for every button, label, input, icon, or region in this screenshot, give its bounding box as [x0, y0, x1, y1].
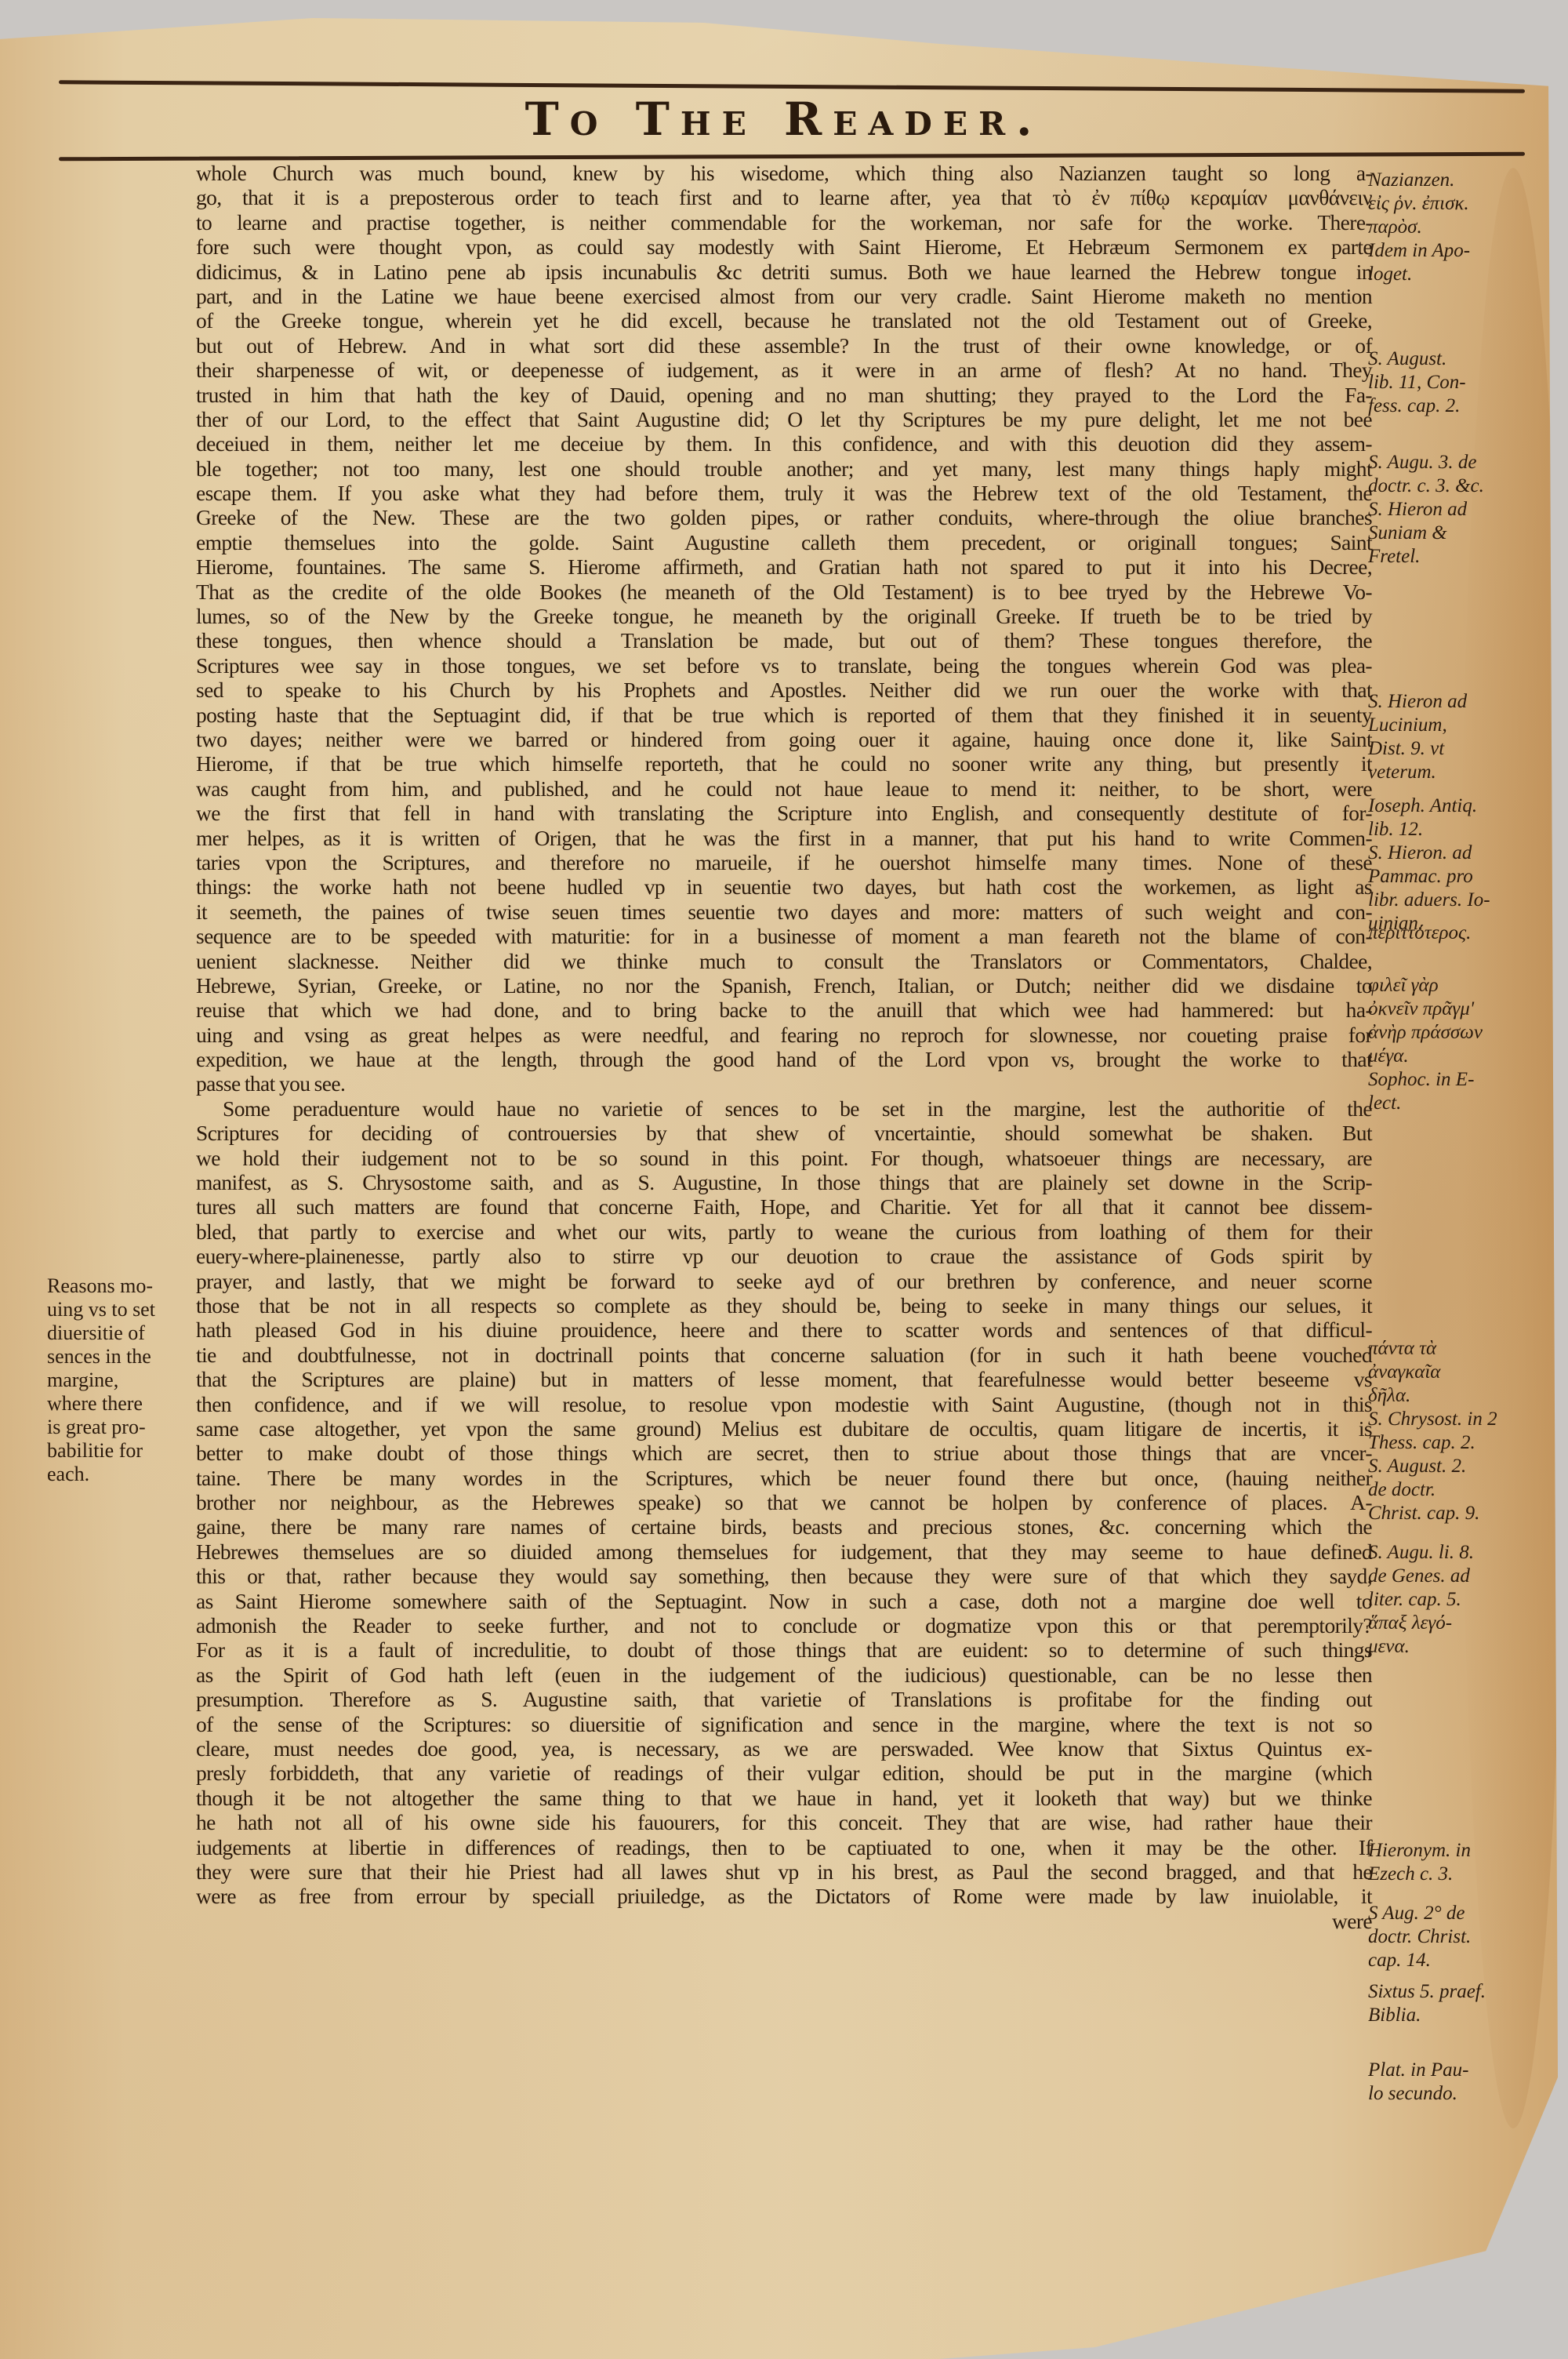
- citation-line: Nazianzen.: [1368, 169, 1470, 192]
- text-line: taine. There be many wordes in the Scrip…: [196, 1466, 1372, 1490]
- text-line: fore such were thought vpon, as could sa…: [196, 234, 1372, 259]
- text-line: ble together; not too many, lest one sho…: [196, 456, 1372, 481]
- citation-line: S. Augu. li. 8.: [1368, 1541, 1474, 1565]
- text-line: emptie themselues into the golde. Saint …: [196, 530, 1372, 554]
- citation-line: S. August. 2.: [1368, 1455, 1497, 1478]
- citation-line: Suniam &: [1368, 522, 1484, 545]
- citation-line: Thess. cap. 2.: [1368, 1431, 1497, 1455]
- text-line: tures all such matters are found that co…: [196, 1194, 1372, 1219]
- citation-line: lib. 11, Con-: [1368, 371, 1466, 394]
- citation-line: μέγα.: [1368, 1045, 1483, 1068]
- margin-note-line: babilitie for: [47, 1439, 188, 1463]
- citation-line: S. August.: [1368, 347, 1466, 371]
- text-line: hath pleased God in his diuine prouidenc…: [196, 1318, 1372, 1342]
- text-line: Hebrewes themselues are so diuided among…: [196, 1539, 1372, 1564]
- text-line: presumption. Therefore as S. Augustine s…: [196, 1687, 1372, 1711]
- citation-line: lo secundo.: [1368, 2082, 1468, 2106]
- text-line: of the sense of the Scriptures: so diuer…: [196, 1712, 1372, 1736]
- citation-line: παρὸσ.: [1368, 216, 1470, 239]
- margin-note-line: is great pro-: [47, 1416, 188, 1439]
- margin-citation: Plat. in Pau-lo secundo.: [1368, 2059, 1468, 2106]
- text-line: this or that, rather because they would …: [196, 1564, 1372, 1588]
- citation-line: veterum.: [1368, 761, 1467, 784]
- citation-line: Pammac. pro: [1368, 865, 1490, 889]
- text-line: taries vpon the Scriptures, and therefor…: [196, 850, 1372, 874]
- citation-line: Sophoc. in E-: [1368, 1068, 1483, 1092]
- text-line: cleare, must needes doe good, yea, is ne…: [196, 1736, 1372, 1761]
- margin-note-line: margine,: [47, 1369, 188, 1392]
- text-line: uing and vsing as great helpes as were n…: [196, 1023, 1372, 1047]
- text-line: Some peraduenture would haue no varietie…: [196, 1096, 1372, 1121]
- citation-line: de doctr.: [1368, 1478, 1497, 1502]
- text-line: Greeke of the New. These are the two gol…: [196, 505, 1372, 529]
- text-line: posting haste that the Septuagint did, i…: [196, 703, 1372, 727]
- citation-line: εἰς ῥν. ἐπισκ.: [1368, 192, 1470, 216]
- main-text-column: whole Church was much bound, knew by his…: [196, 161, 1372, 1933]
- text-line: were as free from errour by speciall pri…: [196, 1884, 1372, 1908]
- margin-note-line: where there: [47, 1392, 188, 1416]
- text-line: same case altogether, yet vpon the same …: [196, 1416, 1372, 1441]
- citation-line: Sixtus 5. praef.: [1368, 1980, 1486, 2004]
- text-line: Hierome, fountaines. The same S. Hierome…: [196, 554, 1372, 579]
- text-line: as the Spirit of God hath left (euen in …: [196, 1663, 1372, 1687]
- citation-line: libr. aduers. Io-: [1368, 889, 1490, 912]
- text-line: expedition, we haue at the length, throu…: [196, 1047, 1372, 1071]
- text-line: sed to speake to his Church by his Proph…: [196, 678, 1372, 702]
- citation-line: Plat. in Pau-: [1368, 2059, 1468, 2082]
- text-line: mer helpes, as it is written of Origen, …: [196, 826, 1372, 850]
- text-line: uenient slacknesse. Neither did we think…: [196, 949, 1372, 973]
- text-line: as Saint Hierome somewhere saith of the …: [196, 1589, 1372, 1613]
- citation-line: Hieronym. in: [1368, 1839, 1471, 1863]
- citation-line: Christ. cap. 9.: [1368, 1502, 1497, 1525]
- margin-note-line: diuersitie of: [47, 1321, 188, 1345]
- text-line: Scriptures wee say in those tongues, we …: [196, 653, 1372, 678]
- text-line: trusted in him that hath the key of Daui…: [196, 383, 1372, 407]
- citation-line: S. Augu. 3. de: [1368, 451, 1484, 474]
- text-line: though it be not altogether the same thi…: [196, 1786, 1372, 1810]
- text-line: to learne and practise together, is neit…: [196, 210, 1372, 234]
- margin-citation: S. Augu. 3. dedoctr. c. 3. &c.S. Hieron …: [1368, 451, 1484, 569]
- citation-line: doctr. c. 3. &c.: [1368, 474, 1484, 498]
- citation-line: S. Hieron ad: [1368, 690, 1467, 714]
- text-line: was caught from him, and published, and …: [196, 776, 1372, 801]
- citation-line: Biblia.: [1368, 2004, 1486, 2027]
- citation-line: Lucinium,: [1368, 714, 1467, 737]
- margin-citation: Hieronym. inEzech c. 3.: [1368, 1839, 1471, 1886]
- text-line: passe that you see.: [196, 1071, 1372, 1096]
- text-line: things: the worke hath not beene hudled …: [196, 874, 1372, 899]
- left-margin-note: Reasons mo-uing vs to setdiuersitie ofse…: [47, 1274, 188, 1486]
- text-line: lumes, so of the New by the Greeke tongu…: [196, 604, 1372, 628]
- text-line: it seemeth, the paines of twise seuen ti…: [196, 900, 1372, 924]
- citation-line: Dist. 9. vt: [1368, 737, 1467, 761]
- citation-line: S. Chrysost. in 2: [1368, 1408, 1497, 1431]
- text-line: That as the credite of the olde Bookes (…: [196, 580, 1372, 604]
- text-line: go, that it is a preposterous order to t…: [196, 185, 1372, 209]
- citation-line: Ezech c. 3.: [1368, 1863, 1471, 1886]
- text-line: didicimus, & in Latino pene ab ipsis inc…: [196, 260, 1372, 284]
- text-line: two dayes; neither were we barred or hin…: [196, 727, 1372, 751]
- citation-line: πάντα τὰ: [1368, 1337, 1497, 1361]
- text-line: Scriptures for deciding of controuersies…: [196, 1121, 1372, 1145]
- text-line: we hold their iudgement not to be so sou…: [196, 1146, 1372, 1170]
- text-line: ther of our Lord, to the effect that Sai…: [196, 407, 1372, 431]
- text-line: manifest, as S. Chrysostome saith, and a…: [196, 1170, 1372, 1194]
- citation-line: Idem in Apo-: [1368, 239, 1470, 263]
- margin-citation: S. August.lib. 11, Con-fess. cap. 2.: [1368, 347, 1466, 418]
- text-line: tie and doubtfulnesse, not in doctrinall…: [196, 1343, 1372, 1367]
- text-line: Hierome, if that be true which himselfe …: [196, 751, 1372, 776]
- text-line: but out of Hebrew. And in what sort did …: [196, 333, 1372, 358]
- text-line: escape them. If you aske what they had b…: [196, 481, 1372, 505]
- citation-line: liter. cap. 5.: [1368, 1588, 1474, 1612]
- margin-citation: S Aug. 2° dedoctr. Christ.cap. 14.: [1368, 1902, 1471, 1972]
- citation-line: S Aug. 2° de: [1368, 1902, 1471, 1925]
- citation-line: de Genes. ad: [1368, 1565, 1474, 1588]
- margin-citation: Nazianzen.εἰς ῥν. ἐπισκ.παρὸσ.Idem in Ap…: [1368, 169, 1470, 286]
- text-line: euery-where-plainenesse, partly also to …: [196, 1244, 1372, 1268]
- text-line: iudgements at libertie in differences of…: [196, 1835, 1372, 1859]
- text-line: Hebrewe, Syrian, Greeke, or Latine, no n…: [196, 973, 1372, 998]
- citation-line: doctr. Christ.: [1368, 1925, 1471, 1949]
- citation-line: περιττότερος.: [1368, 921, 1471, 945]
- text-line: prayer, and lastly, that we might be for…: [196, 1269, 1372, 1293]
- citation-line: φιλεῖ γὰρ: [1368, 974, 1483, 998]
- text-line: reuise that which we had done, and to br…: [196, 998, 1372, 1022]
- text-line: For as it is a fault of incredulitie, to…: [196, 1637, 1372, 1662]
- margin-citation: Ioseph. Antiq.lib. 12.S. Hieron. adPamma…: [1368, 794, 1490, 936]
- citation-line: lect.: [1368, 1092, 1483, 1115]
- margin-note-line: each.: [47, 1463, 188, 1486]
- page-title: To The Reader.: [0, 93, 1568, 146]
- margin-note-line: sences in the: [47, 1345, 188, 1369]
- text-line: of the Greeke tongue, wherein yet he did…: [196, 308, 1372, 333]
- text-line: those that be not in all respects so com…: [196, 1293, 1372, 1318]
- margin-note-line: Reasons mo-: [47, 1274, 188, 1298]
- margin-note-line: uing vs to set: [47, 1298, 188, 1321]
- text-line: their sharpenesse of wit, or deepenesse …: [196, 358, 1372, 382]
- text-line: these tongues, then whence should a Tran…: [196, 628, 1372, 652]
- citation-line: ἀναγκαῖα: [1368, 1361, 1497, 1384]
- citation-line: Fretel.: [1368, 545, 1484, 569]
- citation-line: lib. 12.: [1368, 818, 1490, 841]
- margin-citation: Sixtus 5. praef.Biblia.: [1368, 1980, 1486, 2027]
- margin-citation: φιλεῖ γὰρὀκνεῖν πρᾶγμ'ἀνὴρ πράσσωνμέγα.S…: [1368, 974, 1483, 1115]
- margin-citation: περιττότερος.: [1368, 921, 1471, 945]
- text-line: presly forbiddeth, that any varietie of …: [196, 1761, 1372, 1785]
- text-line: then confidence, and if we will resolue,…: [196, 1392, 1372, 1416]
- citation-line: loget.: [1368, 263, 1470, 286]
- citation-line: ἀνὴρ πράσσων: [1368, 1021, 1483, 1045]
- margin-citation: πάντα τὰἀναγκαῖαδῆλα.S. Chrysost. in 2Th…: [1368, 1337, 1497, 1525]
- text-line: admonish the Reader to seeke further, an…: [196, 1613, 1372, 1637]
- citation-line: fess. cap. 2.: [1368, 394, 1466, 418]
- text-line: that the Scriptures are plaine) but in m…: [196, 1367, 1372, 1391]
- text-line: sequence are to be speeded with maturiti…: [196, 924, 1372, 948]
- citation-line: ἅπαξ λεγό-: [1368, 1612, 1474, 1635]
- citation-line: Ioseph. Antiq.: [1368, 794, 1490, 818]
- citation-line: δῆλα.: [1368, 1384, 1497, 1408]
- text-line: deceiued in them, neither let me deceiue…: [196, 431, 1372, 456]
- citation-line: S. Hieron. ad: [1368, 841, 1490, 865]
- margin-citation: S. Hieron adLucinium,Dist. 9. vtveterum.: [1368, 690, 1467, 784]
- margin-citation: S. Augu. li. 8.de Genes. adliter. cap. 5…: [1368, 1541, 1474, 1659]
- text-line: bled, that partly to exercise and whet o…: [196, 1219, 1372, 1244]
- text-line: brother nor neighbour, as the Hebrewes s…: [196, 1490, 1372, 1514]
- text-line: whole Church was much bound, knew by his…: [196, 161, 1372, 185]
- text-line: we the first that fell in hand with tran…: [196, 801, 1372, 825]
- citation-line: μενα.: [1368, 1635, 1474, 1659]
- citation-line: cap. 14.: [1368, 1949, 1471, 1972]
- catchword: were: [196, 1909, 1372, 1933]
- text-line: gaine, there be many rare names of certa…: [196, 1514, 1372, 1539]
- citation-line: S. Hieron ad: [1368, 498, 1484, 522]
- text-line: he hath not all of his owne side his fau…: [196, 1810, 1372, 1834]
- text-line: part, and in the Latine we haue beene ex…: [196, 284, 1372, 308]
- citation-line: ὀκνεῖν πρᾶγμ': [1368, 998, 1483, 1021]
- text-line: better to make doubt of those things whi…: [196, 1441, 1372, 1465]
- text-line: they were sure that their hie Priest had…: [196, 1859, 1372, 1884]
